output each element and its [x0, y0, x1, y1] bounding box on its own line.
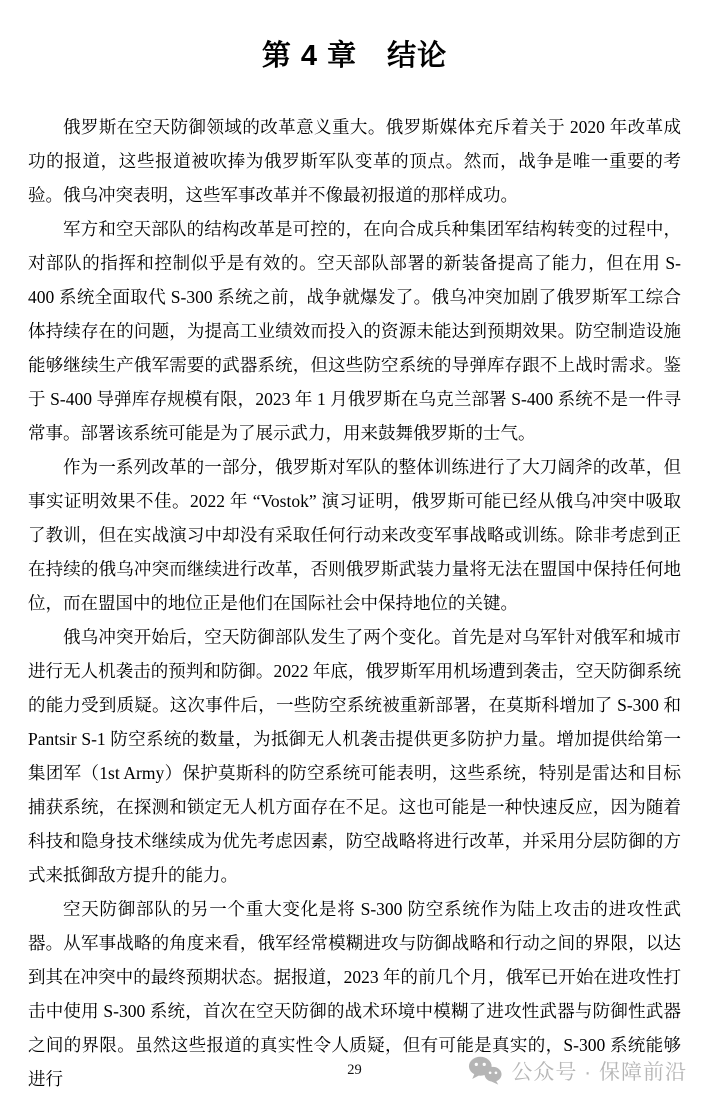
wechat-icon [468, 1055, 502, 1086]
chapter-title: 第 4 章 结论 [0, 0, 709, 74]
body-text: 俄罗斯在空天防御领域的改革意义重大。俄罗斯媒体充斥着关于 2020 年改革成功的… [28, 110, 681, 1096]
body-paragraph: 军方和空天部队的结构改革是可控的，在向合成兵种集团军结构转变的过程中，对部队的指… [28, 212, 681, 450]
watermark: 公众号 · 保障前沿 [468, 1055, 687, 1086]
watermark-text: 公众号 · 保障前沿 [511, 1056, 687, 1086]
body-paragraph: 作为一系列改革的一部分，俄罗斯对军队的整体训练进行了大刀阔斧的改革，但事实证明效… [28, 450, 681, 620]
body-paragraph: 俄乌冲突开始后，空天防御部队发生了两个变化。首先是对乌军针对俄军和城市进行无人机… [28, 620, 681, 892]
document-page: 第 4 章 结论 俄罗斯在空天防御领域的改革意义重大。俄罗斯媒体充斥着关于 20… [0, 0, 709, 1106]
body-paragraph: 俄罗斯在空天防御领域的改革意义重大。俄罗斯媒体充斥着关于 2020 年改革成功的… [28, 110, 681, 212]
